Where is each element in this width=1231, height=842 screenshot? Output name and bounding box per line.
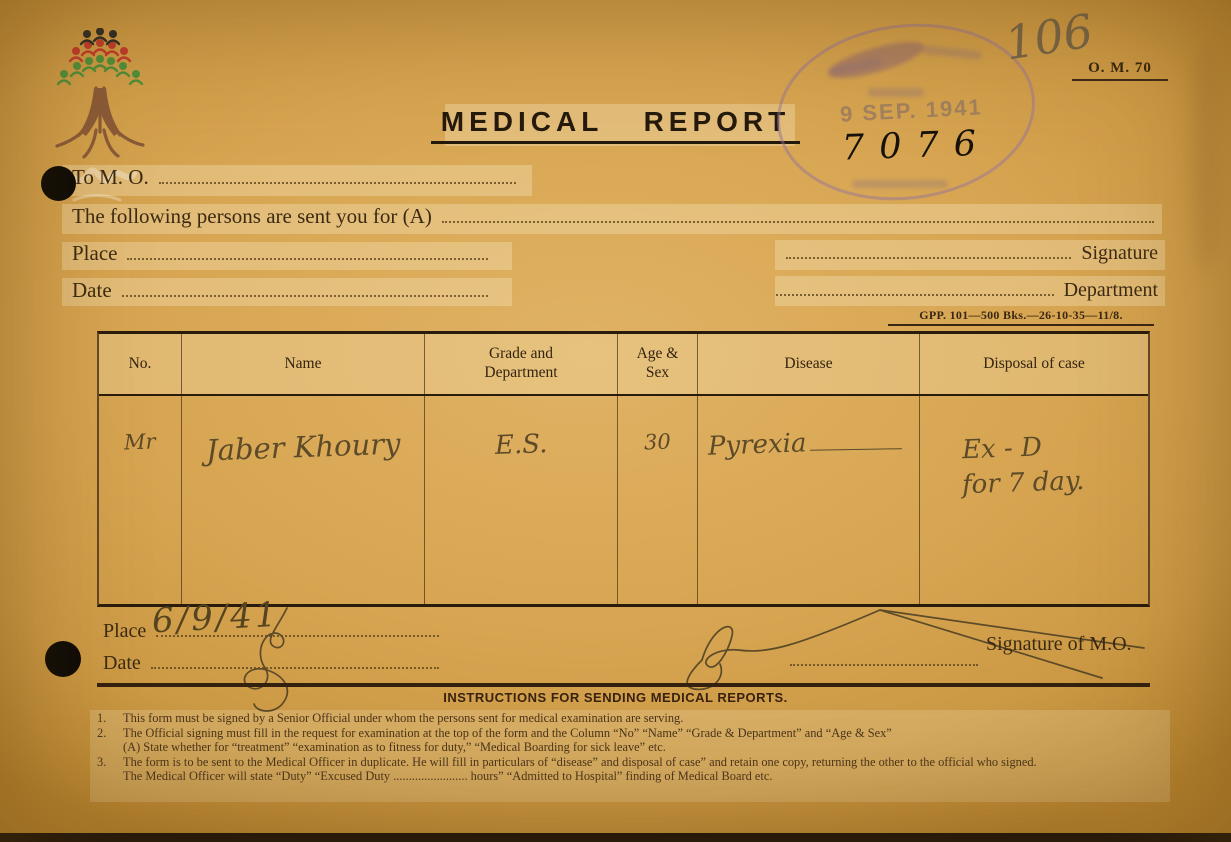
scanned-medical-report-form: O. M. 70 MEDICAL REPORT 9 SEP. 1941 106 … <box>0 0 1231 842</box>
instructions-heading: INSTRUCTIONS FOR SENDING MEDICAL REPORTS… <box>0 690 1231 705</box>
col-header-disposal: Disposal of case <box>919 334 1148 394</box>
signature-squiggle <box>702 610 880 667</box>
sent-for-label: The following persons are sent you for (… <box>72 206 432 227</box>
sent-for-row: The following persons are sent you for (… <box>72 206 1158 227</box>
date-label: Date <box>72 280 112 301</box>
instruction-item: 1. This form must be signed by a Senior … <box>97 711 1150 726</box>
hole-punch-top <box>41 166 76 201</box>
print-reference: GPP. 101—500 Bks.—26-10-35—11/8. <box>888 308 1154 326</box>
place-blank-line <box>127 256 488 260</box>
col-header-age-sex: Age & Sex <box>617 334 697 394</box>
cell-no: Mr <box>99 396 181 604</box>
department-row: Department <box>772 280 1158 300</box>
place-label: Place <box>72 243 117 264</box>
instruction-item: 2. The Official signing must fill in the… <box>97 726 1150 741</box>
footer-divider-rule <box>97 683 1150 687</box>
department-blank-line <box>776 292 1054 296</box>
table-row: Mr Jaber Khoury E.S. 30 Pyrexia Ex - D f… <box>99 396 1148 604</box>
instruction-item-continuation: The Medical Officer will state “Duty” “E… <box>123 769 1150 784</box>
cell-name: Jaber Khoury <box>181 396 424 604</box>
date-row: Date <box>72 280 492 301</box>
scan-edge-strip <box>0 833 1231 842</box>
col-header-disease: Disease <box>697 334 919 394</box>
table-header-row: No. Name Grade and Department Age & Sex … <box>99 334 1148 396</box>
hole-punch-bottom <box>45 641 81 677</box>
ink-number: 7076 <box>841 123 991 168</box>
instruction-item-continuation: (A) State whether for “treatment” “exami… <box>123 740 1150 755</box>
page-title: MEDICAL REPORT <box>431 106 801 144</box>
footer-date-label: Date <box>103 653 141 673</box>
col-header-no: No. <box>99 334 181 394</box>
to-mo-blank-line <box>159 180 516 184</box>
signature-row: Signature <box>782 243 1158 263</box>
cell-disposal: Ex - D for 7 day. <box>919 396 1148 604</box>
department-label: Department <box>1064 280 1158 300</box>
footer-place-label: Place <box>103 621 146 641</box>
pen-stroke <box>810 448 902 451</box>
cell-grade: E.S. <box>424 396 617 604</box>
mo-signature-blank-line <box>790 664 978 666</box>
date-blank-line <box>122 293 488 297</box>
signature-blank-line <box>786 255 1071 259</box>
to-mo-label: To M. O. <box>72 167 149 188</box>
medical-report-table: No. Name Grade and Department Age & Sex … <box>97 331 1150 607</box>
col-header-name: Name <box>181 334 424 394</box>
place-row: Place <box>72 243 492 264</box>
instruction-item: 3. The form is to be sent to the Medical… <box>97 755 1150 770</box>
col-header-grade: Grade and Department <box>424 334 617 394</box>
form-code: O. M. 70 <box>1072 60 1168 81</box>
instructions-list: 1. This form must be signed by a Senior … <box>97 711 1150 784</box>
signature-label: Signature <box>1081 243 1158 263</box>
cell-age-sex: 30 <box>617 396 697 604</box>
cell-disease: Pyrexia <box>697 396 919 604</box>
to-mo-row: To M. O. <box>72 167 520 188</box>
signature-of-mo-label: Signature of M.O. <box>986 633 1132 656</box>
archive-tree-logo <box>50 28 150 168</box>
paper-stain <box>1192 42 1222 272</box>
sent-for-blank-line <box>442 219 1154 223</box>
